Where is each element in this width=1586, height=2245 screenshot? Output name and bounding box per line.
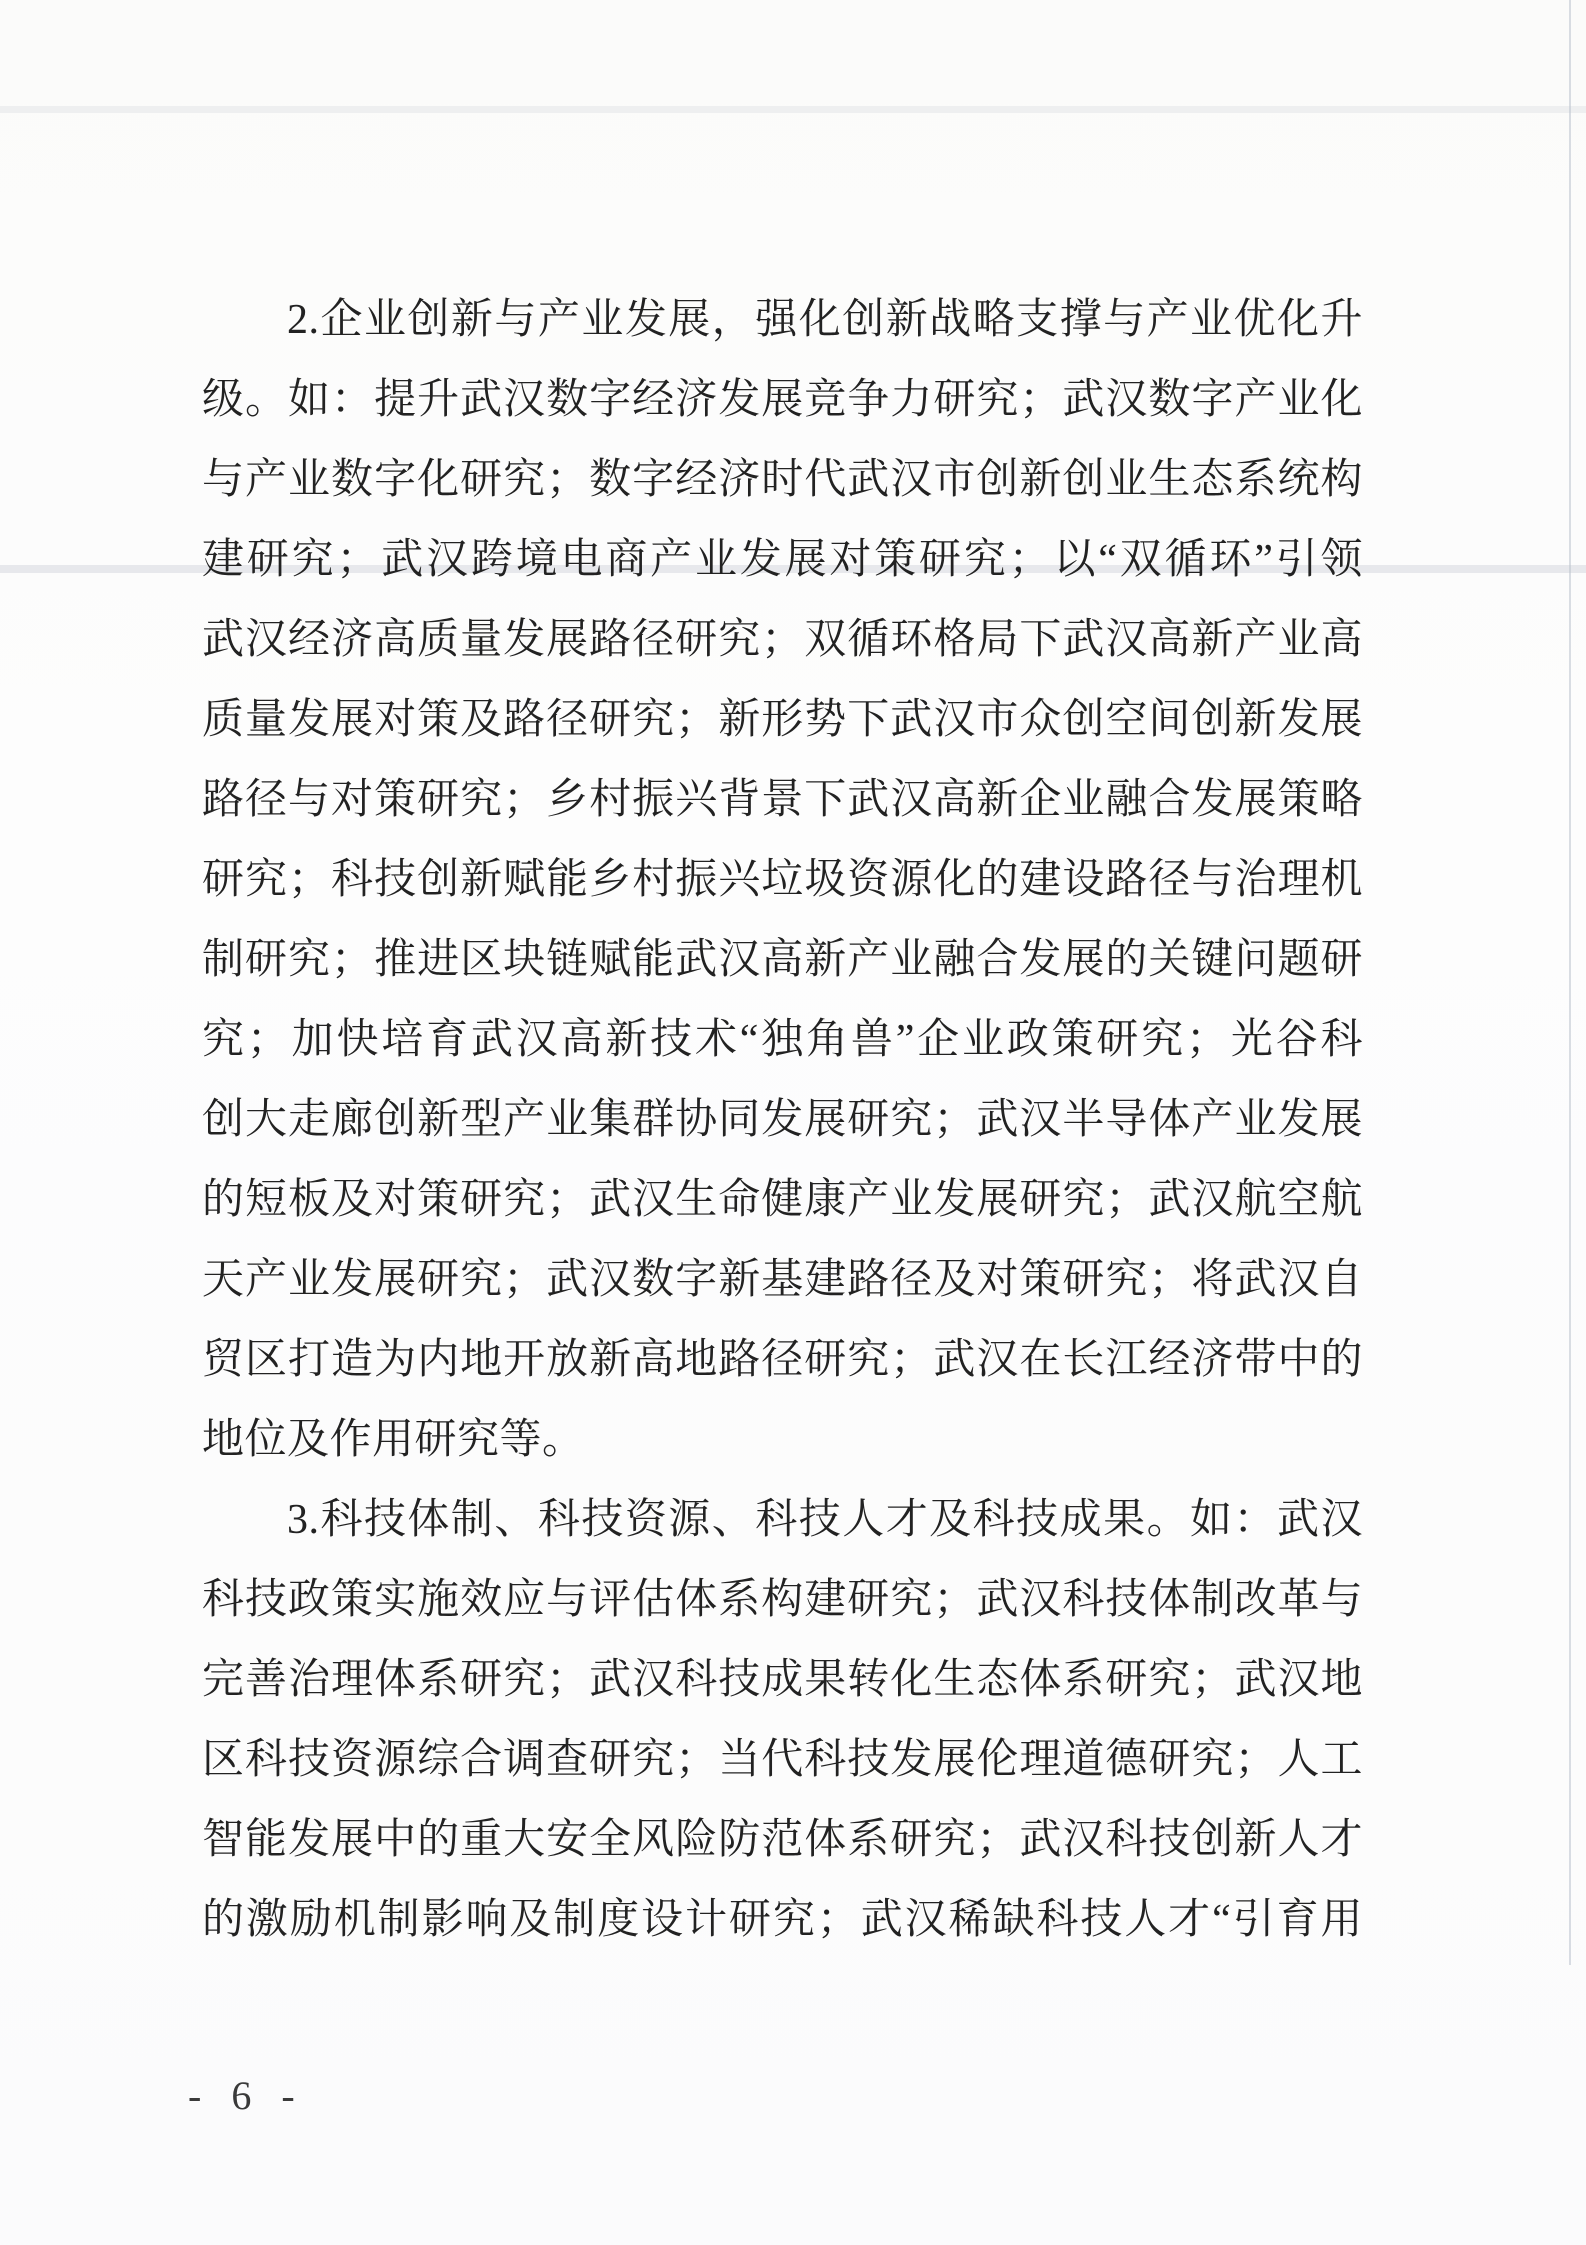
text-line: 路径与对策研究；乡村振兴背景下武汉高新企业融合发展策略 [202,760,1363,840]
text-line: 地位及作用研究等。 [202,1400,1363,1480]
text-line: 的激励机制影响及制度设计研究；武汉稀缺科技人才“引育用 [202,1880,1363,1960]
text-line: 建研究；武汉跨境电商产业发展对策研究；以“双循环”引领 [202,520,1363,600]
scan-artifact-band [0,106,1586,113]
text-line: 3.科技体制、科技资源、科技人才及科技成果。如：武汉 [202,1480,1363,1560]
document-page: 2.企业创新与产业发展，强化创新战略支撑与产业优化升 级。如：提升武汉数字经济发… [0,0,1586,2245]
text-line: 的短板及对策研究；武汉生命健康产业发展研究；武汉航空航 [202,1160,1363,1240]
document-body: 2.企业创新与产业发展，强化创新战略支撑与产业优化升 级。如：提升武汉数字经济发… [202,280,1363,1960]
text-line: 究；加快培育武汉高新技术“独角兽”企业政策研究；光谷科 [202,1000,1363,1080]
text-line: 2.企业创新与产业发展，强化创新战略支撑与产业优化升 [202,280,1363,360]
text-line: 完善治理体系研究；武汉科技成果转化生态体系研究；武汉地 [202,1640,1363,1720]
page-number: - 6 - [188,2072,305,2120]
text-line: 智能发展中的重大安全风险防范体系研究；武汉科技创新人才 [202,1800,1363,1880]
text-line: 研究；科技创新赋能乡村振兴垃圾资源化的建设路径与治理机 [202,840,1363,920]
text-line: 贸区打造为内地开放新高地路径研究；武汉在长江经济带中的 [202,1320,1363,1400]
text-line: 创大走廊创新型产业集群协同发展研究；武汉半导体产业发展 [202,1080,1363,1160]
text-line: 区科技资源综合调查研究；当代科技发展伦理道德研究；人工 [202,1720,1363,1800]
text-line: 与产业数字化研究；数字经济时代武汉市创新创业生态系统构 [202,440,1363,520]
scan-artifact-line [1569,0,1571,1965]
text-line: 科技政策实施效应与评估体系构建研究；武汉科技体制改革与 [202,1560,1363,1640]
text-line: 级。如：提升武汉数字经济发展竞争力研究；武汉数字产业化 [202,360,1363,440]
text-line: 质量发展对策及路径研究；新形势下武汉市众创空间创新发展 [202,680,1363,760]
text-line: 制研究；推进区块链赋能武汉高新产业融合发展的关键问题研 [202,920,1363,1000]
text-line: 武汉经济高质量发展路径研究；双循环格局下武汉高新产业高 [202,600,1363,680]
text-line: 天产业发展研究；武汉数字新基建路径及对策研究；将武汉自 [202,1240,1363,1320]
